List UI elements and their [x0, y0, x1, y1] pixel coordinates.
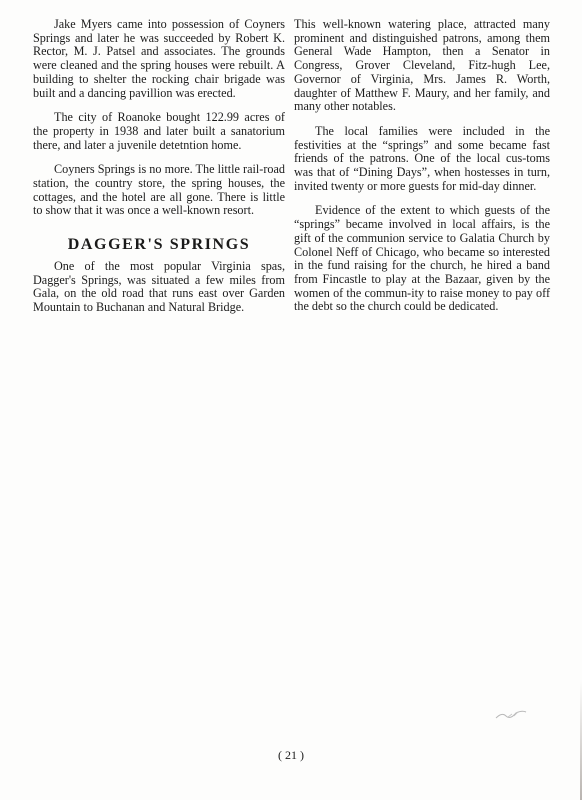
- paragraph-coyners-gone: Coyners Springs is no more. The little r…: [33, 163, 285, 218]
- left-column: Jake Myers came into possession of Coyne…: [33, 18, 285, 326]
- paragraph-local-families: The local families were included in the …: [294, 125, 550, 194]
- pencil-mark-icon: [494, 708, 528, 720]
- page-number: ( 21 ): [0, 748, 582, 763]
- right-column: This well-known watering place, attracte…: [294, 18, 550, 325]
- paragraph-patrons: This well-known watering place, attracte…: [294, 18, 550, 114]
- paragraph-galatia-church: Evidence of the extent to which guests o…: [294, 204, 550, 314]
- paragraph-daggers-intro: One of the most popular Virginia spas, D…: [33, 260, 285, 315]
- paragraph-roanoke-purchase: The city of Roanoke bought 122.99 acres …: [33, 111, 285, 152]
- section-heading: DAGGER'S SPRINGS: [33, 238, 285, 252]
- paragraph-coyners-owners: Jake Myers came into possession of Coyne…: [33, 18, 285, 100]
